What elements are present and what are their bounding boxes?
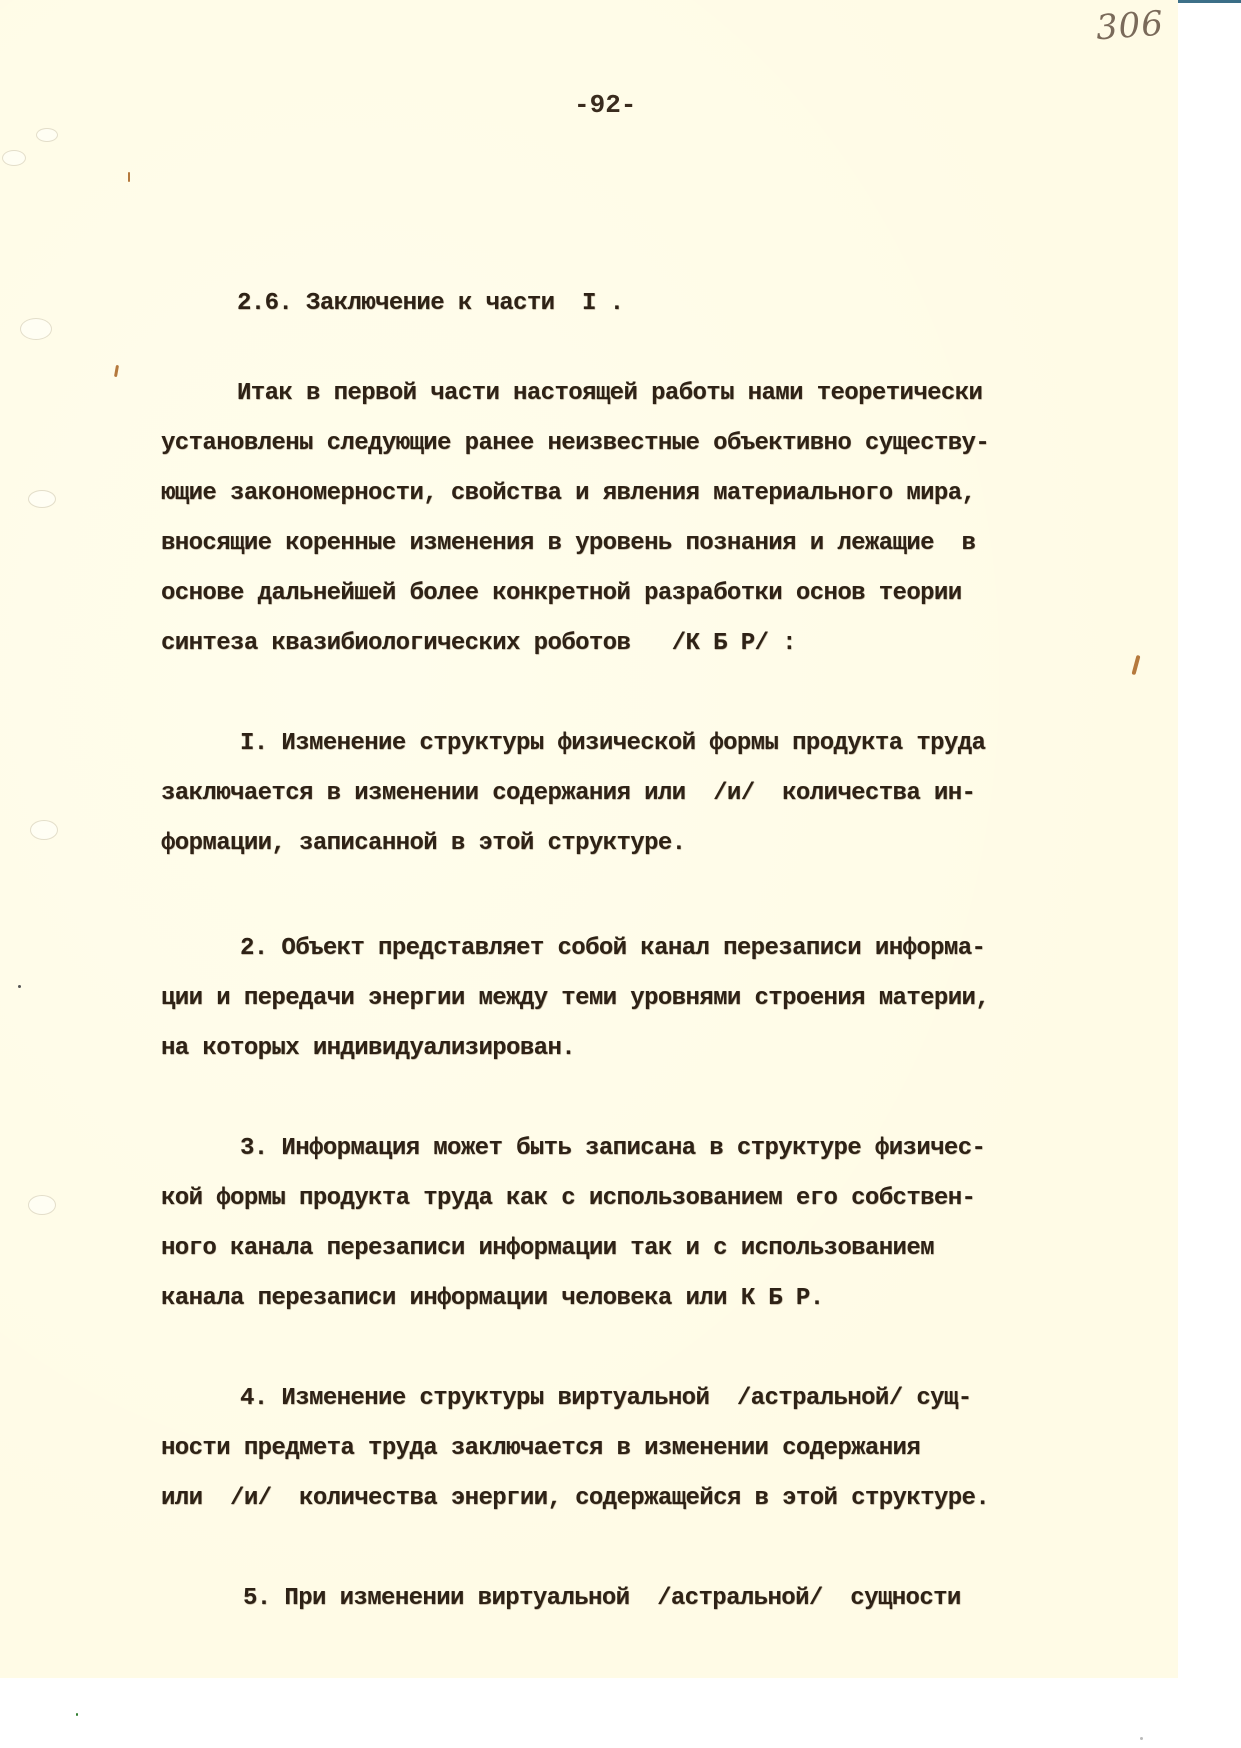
ink-dot (18, 985, 21, 988)
paragraph-line: ющие закономерности, свойства и явления … (161, 480, 975, 507)
paragraph-line: 3. Информация может быть записана в стру… (240, 1135, 985, 1162)
paragraph-line: основе дальнейшей более конкретной разра… (161, 580, 962, 607)
paragraph-line: Итак в первой части настоящей работы нам… (237, 380, 982, 407)
paragraph-line: I. Изменение структуры физической формы … (240, 730, 985, 757)
paragraph-line: вносящие коренные изменения в уровень по… (161, 530, 975, 557)
paragraph-line: ции и передачи энергии между теми уровня… (161, 985, 989, 1012)
paper-smudge (20, 318, 52, 340)
ink-mark (128, 172, 130, 182)
paragraph-line: 5. При изменении виртуальной /астральной… (243, 1585, 961, 1612)
paragraph-line: синтеза квазибиологических роботов /К Б … (161, 630, 796, 657)
scan-speck (1140, 1737, 1143, 1740)
paragraph-line: кой формы продукта труда как с использов… (161, 1185, 975, 1212)
paragraph-line: формации, записанной в этой структуре. (161, 830, 686, 857)
paragraph-line: установлены следующие ранее неизвестные … (161, 430, 989, 457)
ink-mark (114, 365, 119, 377)
paragraph-line: ного канала перезаписи информации так и … (161, 1235, 934, 1262)
archive-number: 306 (1095, 4, 1166, 49)
document-page: 306 -92- 2.6. Заключение к части I . Ита… (0, 0, 1178, 1678)
paper-smudge (28, 490, 56, 508)
section-heading: 2.6. Заключение к части I . (237, 290, 623, 317)
paper-smudge (30, 820, 58, 840)
paper-smudge (2, 150, 26, 166)
paper-smudge (28, 1195, 56, 1215)
paragraph-line: канала перезаписи информации человека ил… (161, 1285, 824, 1312)
ink-mark (1131, 655, 1140, 675)
paragraph-line: ности предмета труда заключается в измен… (161, 1435, 920, 1462)
page-number: -92- (574, 90, 636, 120)
paragraph-line: 2. Объект представляет собой канал перез… (240, 935, 985, 962)
paragraph-line: или /и/ количества энергии, содержащейся… (161, 1485, 989, 1512)
paper-smudge (36, 128, 58, 142)
scan-speck (76, 1713, 78, 1716)
paragraph-line: 4. Изменение структуры виртуальной /астр… (240, 1385, 972, 1412)
paragraph-line: заключается в изменении содержания или /… (161, 780, 975, 807)
paragraph-line: на которых индивидуализирован. (161, 1035, 575, 1062)
